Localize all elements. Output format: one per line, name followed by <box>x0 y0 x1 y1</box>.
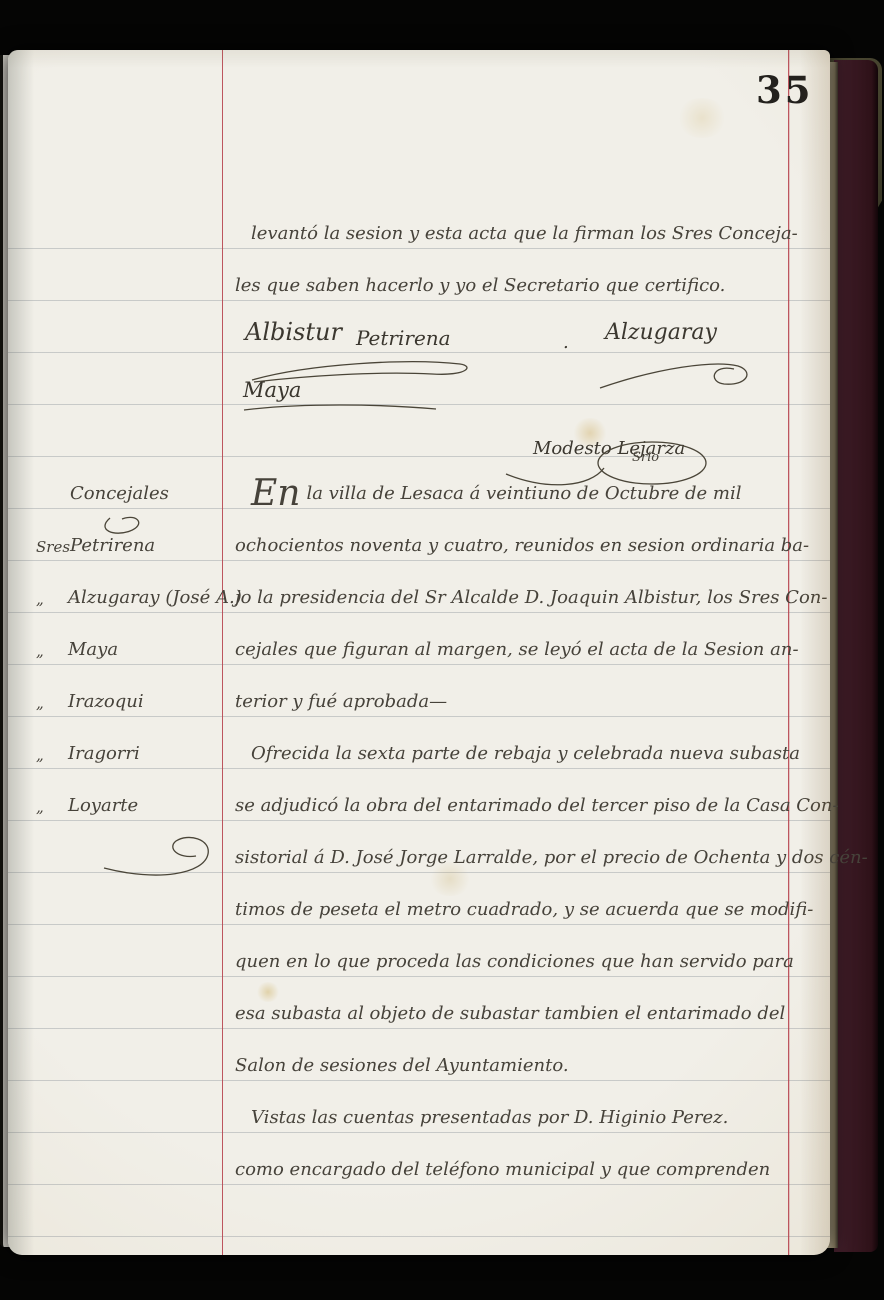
body-paragraph-2: Ofrecida la sexta parte de rebaja y cele… <box>235 717 797 1081</box>
margin-item: „Loyarte <box>36 769 228 821</box>
margin-item: „Maya <box>36 613 228 665</box>
signature-alzugaray: Alzugaray <box>605 320 717 345</box>
margin-item-name: Maya <box>68 639 118 660</box>
margin-item-name: Alzugaray (José A.) <box>68 587 242 608</box>
margin-item-prefix: „ <box>36 642 68 660</box>
body-line: sistorial á D. José Jorge Larralde, por … <box>235 821 797 873</box>
body-line: terior y fué aprobada— <box>235 665 797 717</box>
body-line: Salon de sesiones del Ayuntamiento. <box>235 1029 797 1081</box>
paper-stain <box>676 98 728 138</box>
margin-item-name: Irazoqui <box>68 691 144 712</box>
signature-secretary: Modesto Lejarza <box>533 438 685 459</box>
body-line: Ofrecida la sexta parte de rebaja y cele… <box>235 717 797 769</box>
body-line: quen en lo que proceda las condiciones q… <box>235 925 797 977</box>
drop-capital: En <box>251 484 300 504</box>
body-line: jo la presidencia del Sr Alcalde D. Joaq… <box>235 561 797 613</box>
body-line: se adjudicó la obra del entarimado del t… <box>235 769 797 821</box>
margin-item-prefix: Sres <box>36 538 70 556</box>
body-line: Vistas las cuentas presentadas por D. Hi… <box>235 1081 797 1133</box>
body-line: ochocientos noventa y cuatro, reunidos e… <box>235 509 797 561</box>
margin-header: Concejales <box>36 457 228 509</box>
margin-item-prefix: „ <box>36 798 68 816</box>
signature-separator-dot: . <box>563 332 569 353</box>
manuscript-page: 35 levantó la sesion y esta acta que la … <box>8 50 830 1255</box>
margin-item-name: Petrirena <box>70 535 155 556</box>
margin-item-name: Loyarte <box>68 795 138 816</box>
margin-councilmen-list: Concejales SresPetrirena „Alzugaray (Jos… <box>36 457 228 821</box>
signature-albistur: Albistur <box>245 318 342 346</box>
body-line: timos de peseta el metro cuadrado, y se … <box>235 873 797 925</box>
body-line: como encargado del teléfono municipal y … <box>235 1133 797 1185</box>
margin-item: „Iragorri <box>36 717 228 769</box>
margin-item: „Irazoqui <box>36 665 228 717</box>
margin-item: „Alzugaray (José A.) <box>36 561 228 613</box>
body-paragraph-3: Vistas las cuentas presentadas por D. Hi… <box>235 1081 797 1185</box>
margin-item-prefix: „ <box>36 694 68 712</box>
body-line: esa subasta al objeto de subastar tambie… <box>235 977 797 1029</box>
closing-line: les que saben hacerlo y yo el Secretario… <box>235 249 797 301</box>
body-line-text: la villa de Lesaca á veintiuno de Octubr… <box>306 483 741 504</box>
signature-maya: Maya <box>243 378 301 402</box>
margin-item-prefix: „ <box>36 590 68 608</box>
book-cover-spine <box>834 60 878 1252</box>
margin-item: SresPetrirena <box>36 509 228 561</box>
body-paragraph-1: En la villa de Lesaca á veintiuno de Oct… <box>235 457 797 717</box>
margin-item-name: Iragorri <box>68 743 140 764</box>
body-line: En la villa de Lesaca á veintiuno de Oct… <box>235 457 797 509</box>
signature-petrirena: Petrirena <box>356 326 451 350</box>
closing-line: levantó la sesion y esta acta que la fir… <box>235 197 797 249</box>
closing-paragraph: levantó la sesion y esta acta que la fir… <box>235 197 797 301</box>
body-line: cejales que figuran al margen, se leyó e… <box>235 613 797 665</box>
scanned-minutes-book-photo: 35 levantó la sesion y esta acta que la … <box>0 0 884 1300</box>
page-number: 35 <box>756 68 814 112</box>
margin-item-prefix: „ <box>36 746 68 764</box>
